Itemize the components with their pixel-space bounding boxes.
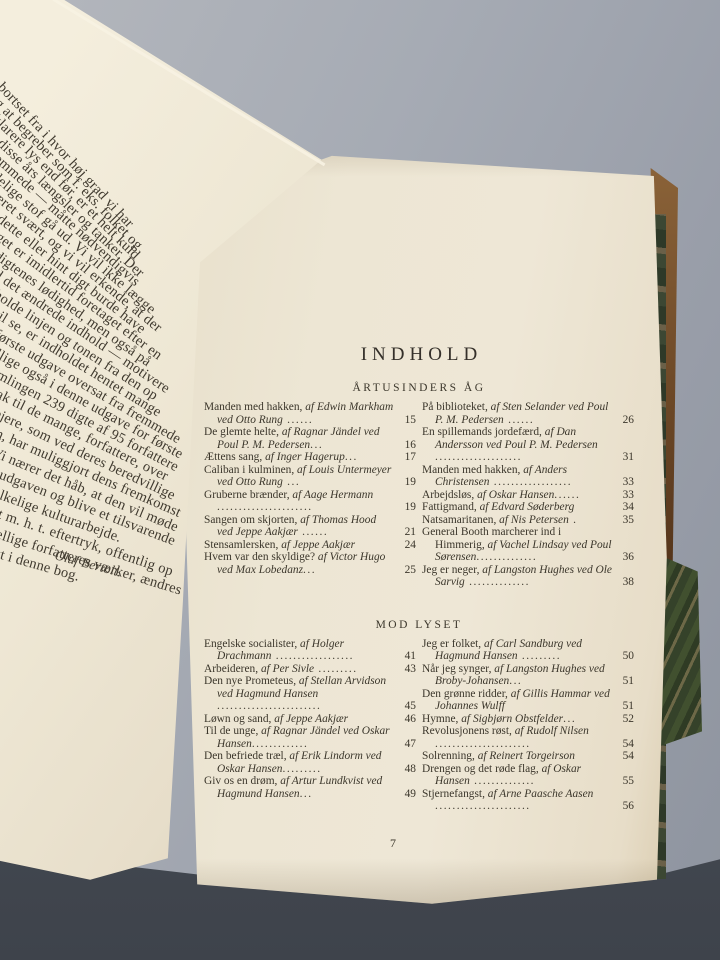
right-page: INDHOLD ÅRTUSINDERS ÅGManden med hakken,… <box>158 138 674 913</box>
toc-entry-title: Arbeideren, <box>204 663 261 675</box>
toc-entry-title: Solrenning, <box>422 750 478 762</box>
toc-entry-title: Caliban i kulminen, <box>204 464 297 476</box>
toc-entry-title: En spillemands jordefærd, <box>422 426 545 438</box>
toc-entry-title: Jeg er neger, <box>422 564 482 576</box>
toc-entry: Revolusjonens røst, af Rudolf Nilsen ...… <box>422 725 634 750</box>
toc-leader-dots: .............. <box>465 576 530 588</box>
toc-column: På biblioteket, af Sten Selander ved Pou… <box>422 401 634 589</box>
toc-entry: De glemte helte, af Ragnar Jändel ved Po… <box>204 426 416 451</box>
toc-leader-dots: .................. <box>489 476 572 488</box>
toc-leader-dots: .................. <box>271 650 354 662</box>
toc-entry-title: Fattigmand, <box>422 501 480 513</box>
toc-leader-dots: .............. <box>476 551 537 563</box>
toc-entry-author: af Jeppe Aakjær <box>281 539 355 551</box>
toc-entry-title: Giv os en drøm, <box>204 775 280 787</box>
toc-leader-dots: ...... <box>283 414 313 426</box>
toc-page-ref: 31 <box>623 451 634 464</box>
page-title: INDHOLD <box>204 344 634 366</box>
toc-entry-title: Når jeg synger, <box>422 663 494 675</box>
toc-page-ref: 34 <box>623 501 634 514</box>
toc-entry: Natsamaritanen, af Nis Petersen .35 <box>422 514 634 527</box>
toc-page-ref: 45 <box>405 700 416 713</box>
toc-leader-dots: ...... <box>504 414 534 426</box>
toc-entry: Løwn og sand, af Jeppe Aakjær46 <box>204 713 416 726</box>
toc-page-ref: 46 <box>405 713 416 726</box>
toc-entry-author: af Oskar Hansen <box>477 489 554 501</box>
toc-entry-title: Stjernefangst, <box>422 788 488 800</box>
toc-page-ref: 38 <box>623 576 634 589</box>
toc-entry: På biblioteket, af Sten Selander ved Pou… <box>422 401 634 426</box>
toc-leader-dots: ... <box>300 788 313 800</box>
toc-page-ref: 19 <box>405 476 416 489</box>
toc-entry: Til de unge, af Ragnar Jändel ved Oskar … <box>204 725 416 750</box>
right-page-content: INDHOLD ÅRTUSINDERS ÅGManden med hakken,… <box>204 138 634 813</box>
section-heading: MOD LYSET <box>204 619 634 631</box>
toc-entry: Den nye Prometeus, af Stellan Arvidson v… <box>204 675 416 713</box>
toc-leader-dots: ... <box>345 451 358 463</box>
toc-entry-title: Den befriede træl, <box>204 750 289 762</box>
toc-entry-title: Drengen og det røde flag, <box>422 763 542 775</box>
toc-entry: Fattigmand, af Edvard Søderberg34 <box>422 501 634 514</box>
toc-entry-title: Manden med hakken, <box>204 401 305 413</box>
toc-entry: En spillemands jordefærd, af Dan Anderss… <box>422 426 634 464</box>
toc-page-ref: 50 <box>623 650 634 663</box>
toc-entry-author: af Rudolf Nilsen <box>515 725 589 737</box>
toc-entry-author: af Jeppe Aakjær <box>274 713 348 725</box>
toc-leader-dots: ......... <box>314 663 357 675</box>
toc-entry-title: Hvem var den skyldige? <box>204 551 318 563</box>
toc-page-ref: 16 <box>405 439 416 452</box>
toc-entry: Den befriede træl, af Erik Lindorm ved O… <box>204 750 416 775</box>
toc-page-ref: 33 <box>623 489 634 502</box>
toc-columns: Engelske socialister, af Holger Drachman… <box>204 638 634 813</box>
toc-page-ref: 49 <box>405 788 416 801</box>
toc-entry: Manden med hakken, af Anders Christensen… <box>422 464 634 489</box>
toc-page-ref: 47 <box>405 738 416 751</box>
toc-entry: General Booth marcherer ind i Himmerig, … <box>422 526 634 564</box>
toc-column: Jeg er folket, af Carl Sandburg ved Hagm… <box>422 638 634 813</box>
toc-leader-dots: ...................... <box>217 501 313 513</box>
toc-page-ref: 41 <box>405 650 416 663</box>
toc-entry: Hymne, af Sigbjørn Obstfelder...52 <box>422 713 634 726</box>
toc-leader-dots: .................... <box>435 451 522 463</box>
toc-entry-title: Revolusjonens røst, <box>422 725 515 737</box>
toc-page-ref: 35 <box>623 514 634 527</box>
toc-entry-title: Den grønne ridder, <box>422 688 511 700</box>
toc-entry-title: Natsamaritanen, <box>422 514 499 526</box>
toc-page-ref: 25 <box>405 564 416 577</box>
toc-page-ref: 48 <box>405 763 416 776</box>
toc-entry-title: De glemte helte, <box>204 426 282 438</box>
toc-entry: Arbeideren, af Per Sivle .........43 <box>204 663 416 676</box>
toc-entry: Den grønne ridder, af Gillis Hammar ved … <box>422 688 634 713</box>
toc-page-ref: 21 <box>405 526 416 539</box>
toc-column: Engelske socialister, af Holger Drachman… <box>204 638 416 813</box>
toc-entry: Manden med hakken, af Edwin Markham ved … <box>204 401 416 426</box>
toc-entry-title: Den nye Prometeus, <box>204 675 299 687</box>
toc-entry-title: Arbejdsløs, <box>422 489 477 501</box>
toc-leader-dots: ......... <box>283 763 322 775</box>
toc-entry-author: af Per Sivle <box>261 663 314 675</box>
toc-page-ref: 52 <box>623 713 634 726</box>
toc-entry-title: Hymne, <box>422 713 461 725</box>
toc-entry: Hvem var den skyldige? af Victor Hugo ve… <box>204 551 416 576</box>
toc-leader-dots: ... <box>509 675 522 687</box>
toc-leader-dots: ...... <box>298 526 328 538</box>
toc-entry: Når jeg synger, af Langston Hughes ved B… <box>422 663 634 688</box>
toc-entry-title: Sangen om skjorten, <box>204 514 300 526</box>
toc-page-ref: 51 <box>623 675 634 688</box>
toc-leader-dots: ... <box>303 564 316 576</box>
toc-page-ref: 33 <box>623 476 634 489</box>
toc-leader-dots: ............. <box>252 738 309 750</box>
toc-entry-title: Til de unge, <box>204 725 261 737</box>
toc-entry-title: Engelske socialister, <box>204 638 300 650</box>
toc-entry-title: Jeg er folket, <box>422 638 484 650</box>
toc-leader-dots: .............. <box>470 775 535 787</box>
toc-entry-author: af Aage Hermann <box>292 489 373 501</box>
toc-sections: ÅRTUSINDERS ÅGManden med hakken, af Edwi… <box>204 382 634 813</box>
toc-entry: Jeg er folket, af Carl Sandburg ved Hagm… <box>422 638 634 663</box>
toc-section: ÅRTUSINDERS ÅGManden med hakken, af Edwi… <box>204 382 634 589</box>
toc-entry: Giv os en drøm, af Artur Lundkvist ved H… <box>204 775 416 800</box>
toc-page-ref: 55 <box>623 775 634 788</box>
toc-entry-title: Løwn og sand, <box>204 713 274 725</box>
toc-entry: Arbejdsløs, af Oskar Hansen......33 <box>422 489 634 502</box>
toc-entry: Jeg er neger, af Langston Hughes ved Ole… <box>422 564 634 589</box>
toc-entry-title: Ættens sang, <box>204 451 265 463</box>
toc-section: MOD LYSETEngelske socialister, af Holger… <box>204 619 634 813</box>
toc-entry: Stjernefangst, af Arne Paasche Aasen ...… <box>422 788 634 813</box>
toc-entry-title: Manden med hakken, <box>422 464 523 476</box>
toc-entry: Sangen om skjorten, af Thomas Hood ved J… <box>204 514 416 539</box>
toc-page-ref: 54 <box>623 738 634 751</box>
toc-page-ref: 19 <box>405 501 416 514</box>
toc-leader-dots: ...... <box>554 489 580 501</box>
toc-page-ref: 54 <box>623 750 634 763</box>
toc-columns: Manden med hakken, af Edwin Markham ved … <box>204 401 634 589</box>
toc-page-ref: 36 <box>623 551 634 564</box>
toc-page-ref: 24 <box>405 539 416 552</box>
toc-entry-author: af Reinert Torgeirson <box>478 750 575 762</box>
toc-page-ref: 56 <box>623 800 634 813</box>
toc-page-ref: 15 <box>405 414 416 427</box>
toc-column: Manden med hakken, af Edwin Markham ved … <box>204 401 416 589</box>
toc-leader-dots: ...................... <box>435 738 531 750</box>
toc-entry: Solrenning, af Reinert Torgeirson54 <box>422 750 634 763</box>
toc-leader-dots: ... <box>310 439 323 451</box>
section-heading: ÅRTUSINDERS ÅG <box>204 382 634 394</box>
toc-entry-author: af Sigbjørn Obstfelder <box>461 713 563 725</box>
toc-entry-author: af Edvard Søderberg <box>480 501 575 513</box>
toc-entry: Stensamlersken, af Jeppe Aakjær24 <box>204 539 416 552</box>
toc-page-ref: 51 <box>623 700 634 713</box>
toc-leader-dots: ...................... <box>435 800 531 812</box>
toc-entry: Ættens sang, af Inger Hagerup...17 <box>204 451 416 464</box>
toc-entry-author: af Arne Paasche Aasen <box>488 788 594 800</box>
toc-leader-dots: . <box>569 514 578 526</box>
photo-of-open-book: INDHOLD ÅRTUSINDERS ÅGManden med hakken,… <box>0 0 720 960</box>
toc-entry-author: af Inger Hagerup <box>265 451 345 463</box>
toc-leader-dots: ... <box>283 476 300 488</box>
toc-leader-dots: ......... <box>518 650 561 662</box>
toc-entry: Engelske socialister, af Holger Drachman… <box>204 638 416 663</box>
toc-entry: Caliban i kulminen, af Louis Untermeyer … <box>204 464 416 489</box>
toc-page-ref: 17 <box>405 451 416 464</box>
page-number: 7 <box>204 836 634 851</box>
toc-entry-title: Stensamlersken, <box>204 539 281 551</box>
toc-leader-dots: ... <box>563 713 576 725</box>
toc-entry-title: Gruberne brænder, <box>204 489 292 501</box>
toc-page-ref: 26 <box>623 414 634 427</box>
toc-entry-author: af Nis Petersen <box>499 514 569 526</box>
toc-entry-title: På biblioteket, <box>422 401 491 413</box>
toc-entry: Drengen og det røde flag, af Oskar Hanse… <box>422 763 634 788</box>
toc-leader-dots: ........................ <box>217 700 321 712</box>
toc-entry: Gruberne brænder, af Aage Hermann ......… <box>204 489 416 514</box>
toc-page-ref: 43 <box>405 663 416 676</box>
